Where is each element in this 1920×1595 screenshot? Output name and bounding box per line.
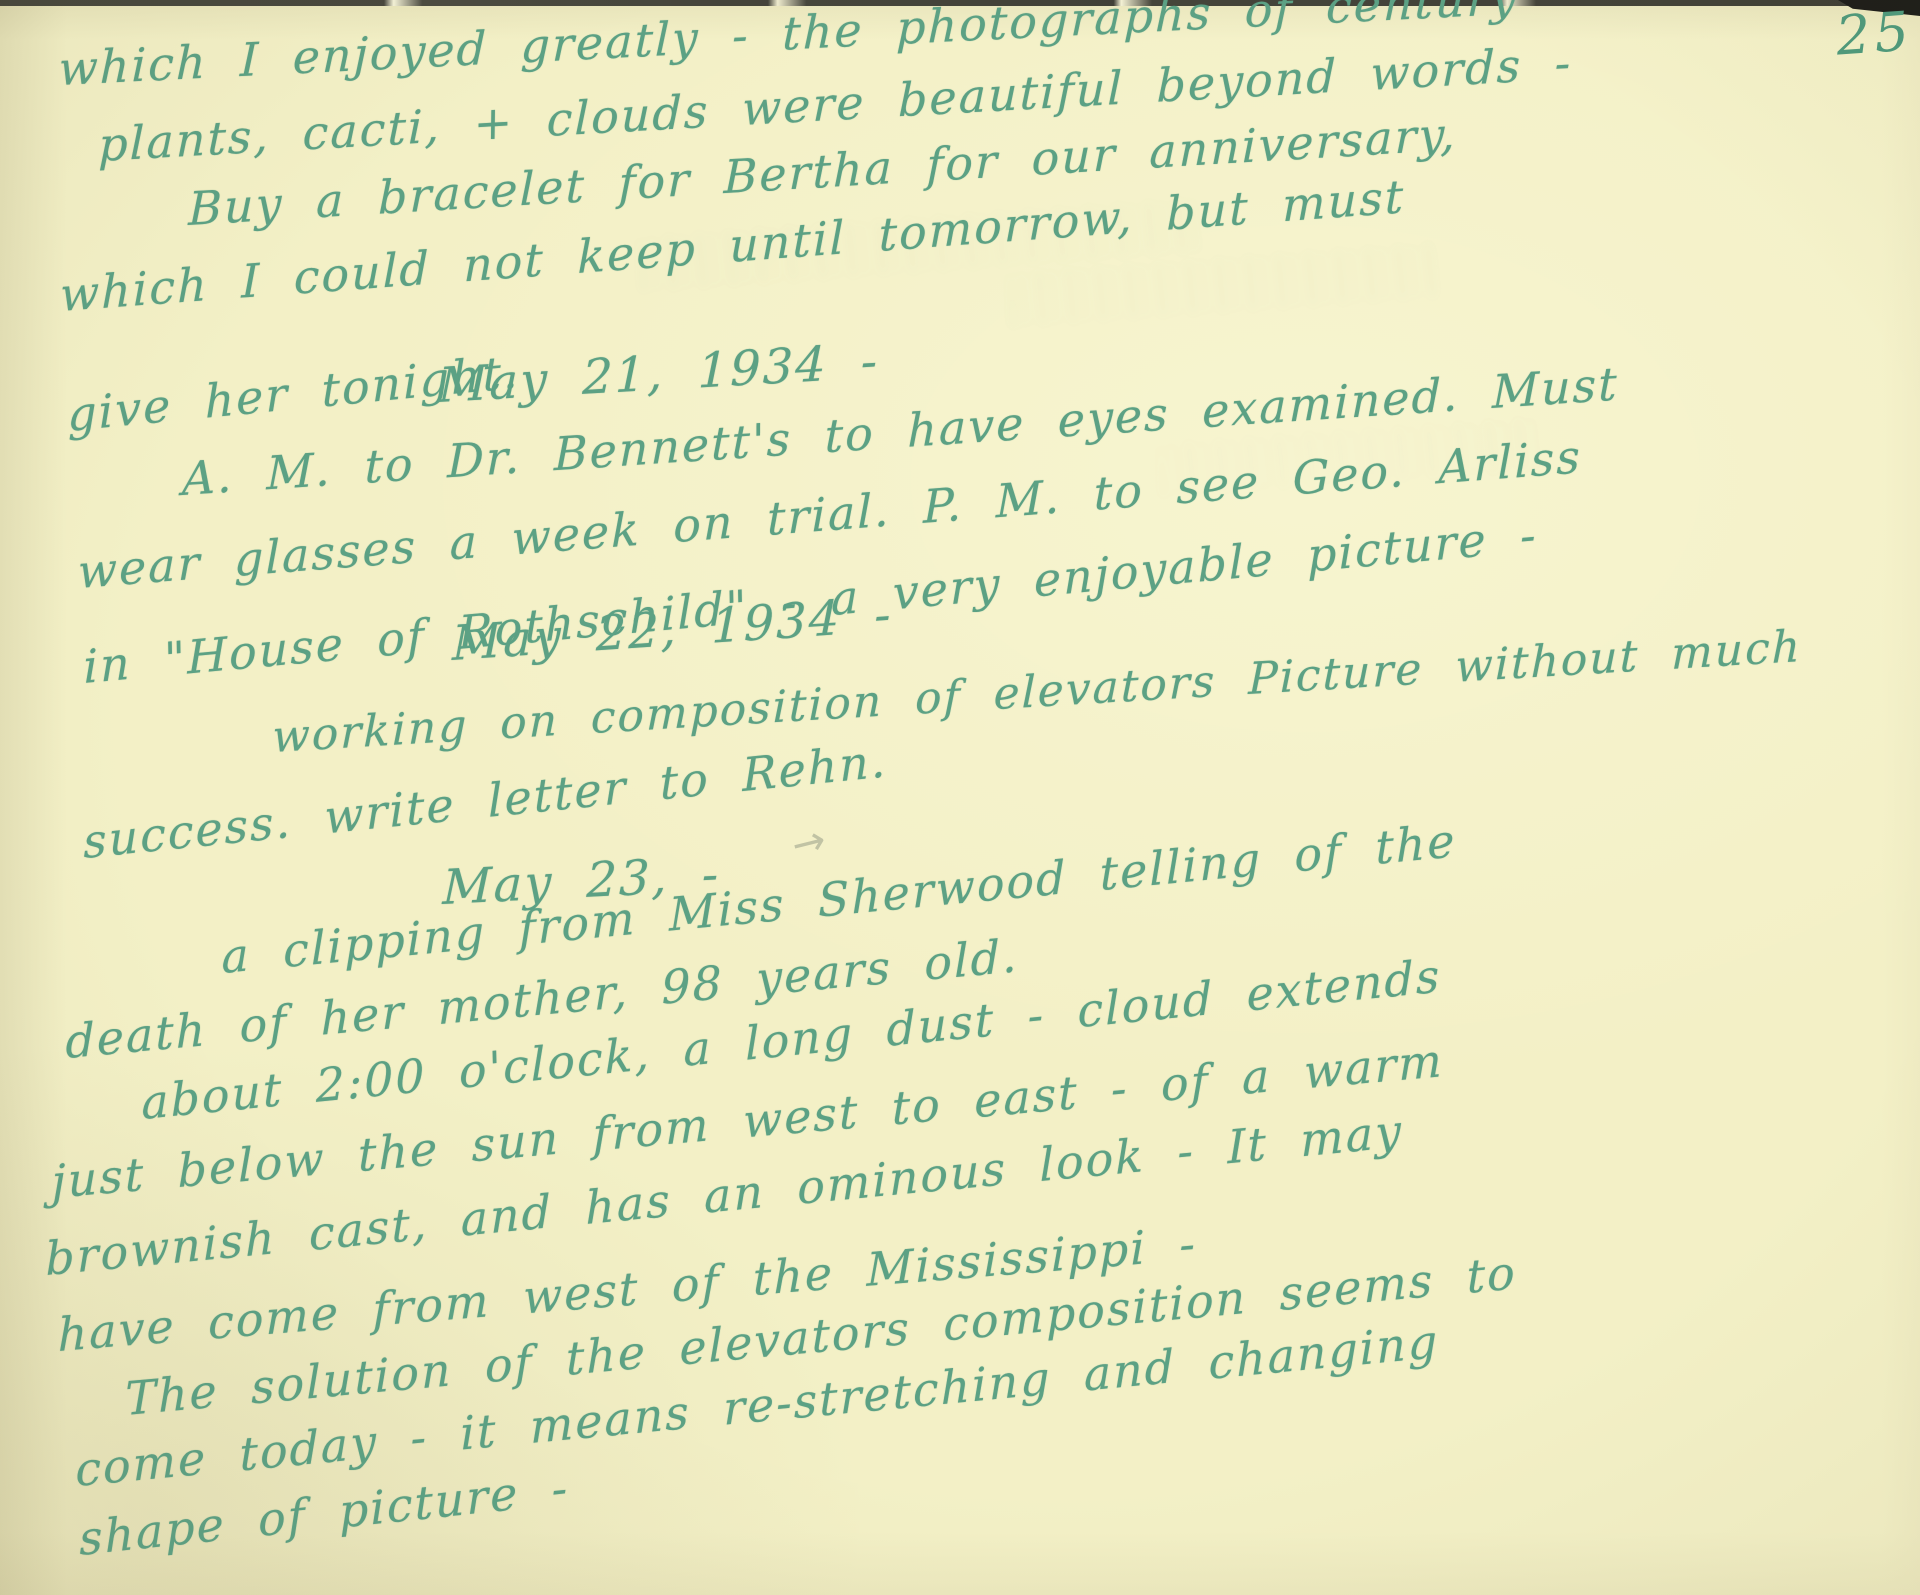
handwritten-line: success. write letter to Rehn. xyxy=(82,733,888,869)
diary-page: 25 which I enjoyed greatly - the photogr… xyxy=(0,0,1920,1595)
page-number: 25 xyxy=(1834,0,1915,68)
pencil-arrow-mark: → xyxy=(787,817,831,870)
